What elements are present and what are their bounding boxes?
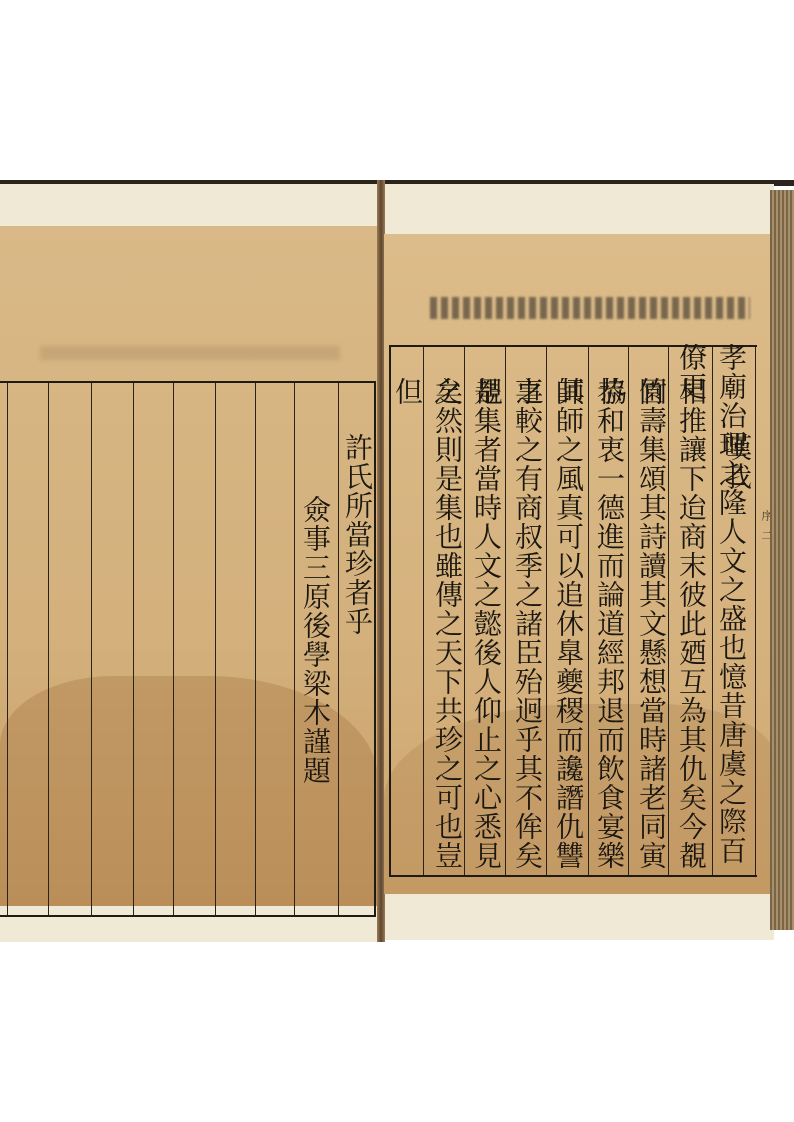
- open-book: 許氏所當珍者乎 僉事三原後學梁木謹題 嘆我 孝廟治理之隆人文之盛也憶昔唐虞之際百…: [0, 180, 794, 942]
- text-column-9: 矣然則是集也雖傳之天下共珍之可也豈但: [387, 377, 467, 875]
- left-flyleaf-top: [0, 184, 380, 230]
- right-page-frame: 嘆我 孝廟治理之隆人文之盛也憶昔唐虞之際百僚更 相推讓下迨商末彼此廼互為其仇矣今…: [389, 345, 757, 877]
- right-flyleaf-bottom: [384, 894, 774, 940]
- smudged-heading: [430, 297, 750, 319]
- text-column: 許氏所當珍者乎: [337, 433, 377, 636]
- left-page: 許氏所當珍者乎 僉事三原後學梁木謹題: [0, 226, 378, 906]
- page-edges: [770, 190, 794, 930]
- right-flyleaf-top: [384, 184, 774, 238]
- left-page-frame: 許氏所當珍者乎 僉事三原後學梁木謹題: [0, 381, 376, 917]
- faint-bleed-through-title: [40, 346, 340, 360]
- text-column-signature: 僉事三原後學梁木謹題: [295, 495, 335, 785]
